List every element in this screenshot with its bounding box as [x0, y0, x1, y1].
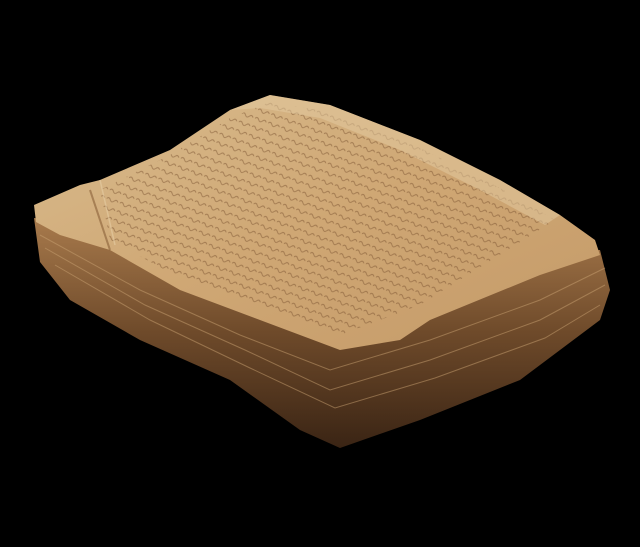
photo-scene: Ancient papyrus codex with handwritten s… — [0, 0, 640, 547]
papyrus-codex — [0, 0, 640, 547]
